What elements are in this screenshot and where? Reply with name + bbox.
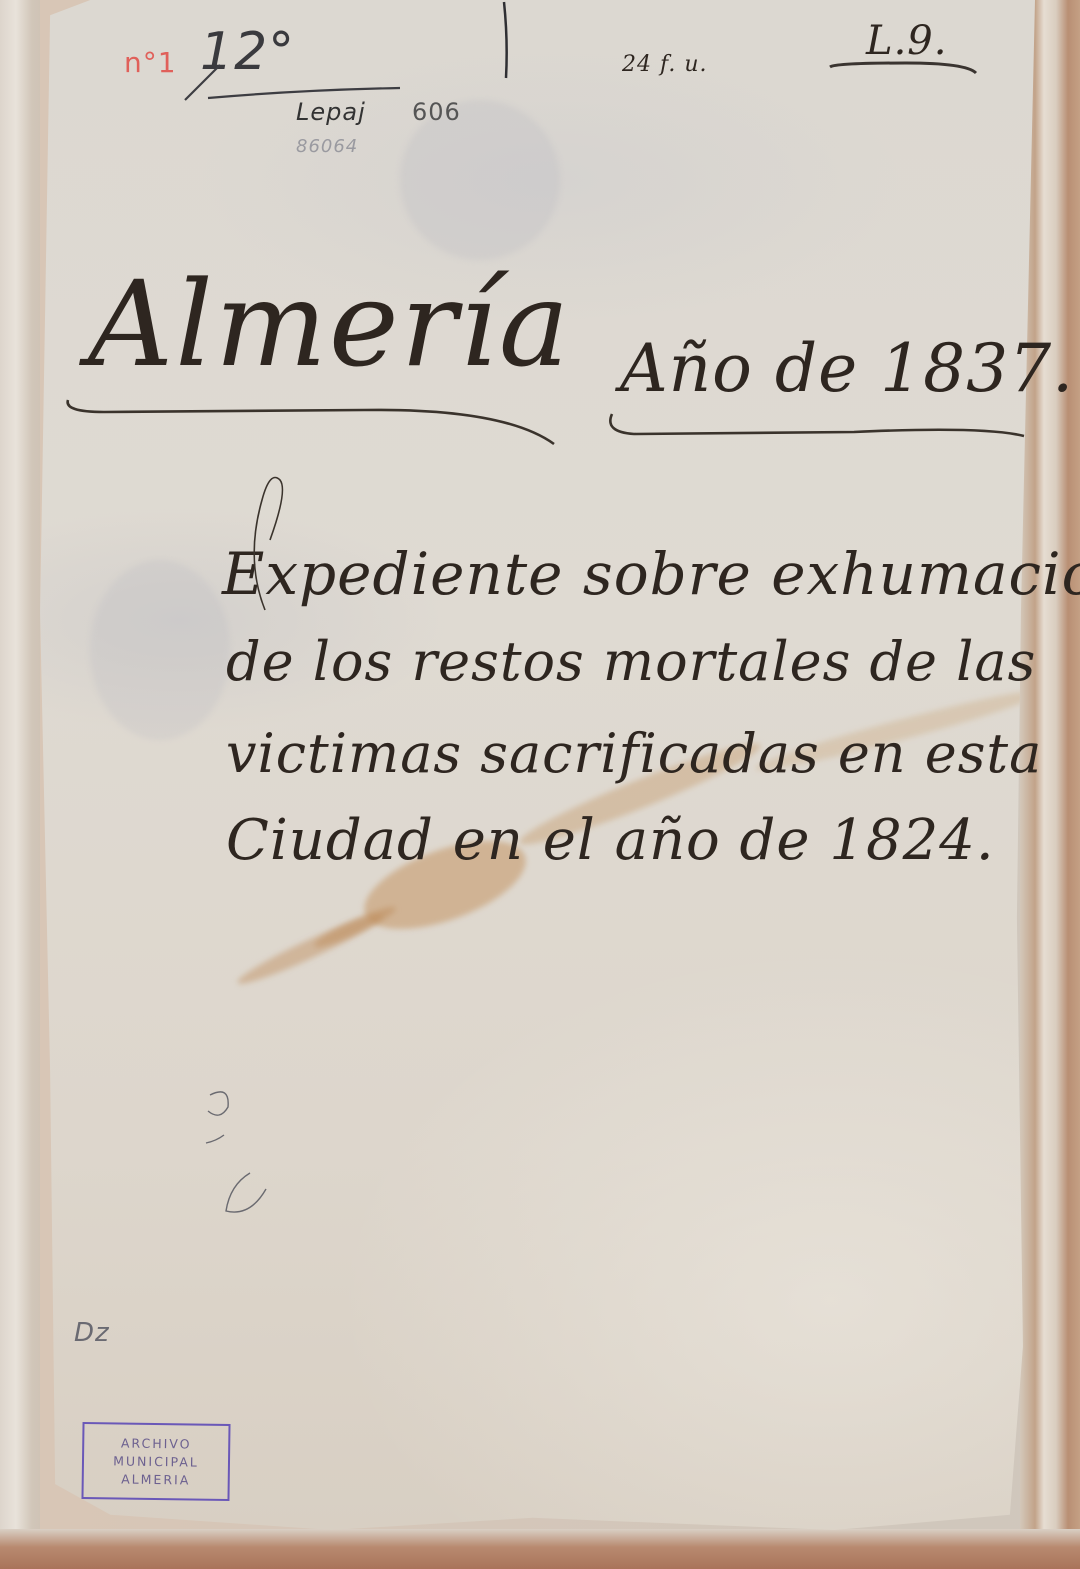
- vertical-pencil-stroke: [500, 0, 512, 82]
- deposit-label: Lepaj: [296, 98, 366, 126]
- city-title-underline: [64, 396, 564, 448]
- left-page-edges: [0, 0, 40, 1569]
- year-title-underline: [604, 410, 1029, 445]
- stamp-line-2: MUNICIPAL: [113, 1453, 199, 1469]
- ghost-seal: [90, 560, 230, 740]
- subject-line-3: victimas sacrificadas en esta: [226, 722, 1042, 785]
- year-title: Año de 1837.: [620, 330, 1074, 407]
- bundle-underline: [826, 55, 986, 80]
- expediente-flourish: [240, 470, 300, 620]
- bottom-backdrop: [0, 1529, 1080, 1569]
- folio-underline: [180, 60, 410, 105]
- archive-stamp: ARCHIVO MUNICIPAL ALMERIA: [81, 1422, 230, 1501]
- deposit-number: 606: [412, 98, 461, 126]
- faint-inventory-number: 86064: [296, 136, 358, 157]
- subject-line-1: Expediente sobre exhumacion: [222, 540, 1080, 608]
- city-title: Almería: [88, 255, 571, 393]
- red-number-annotation: n°1: [124, 46, 177, 79]
- stamp-line-1: ARCHIVO: [121, 1436, 192, 1452]
- margin-pencil-scribble: Dz: [74, 1318, 110, 1348]
- subject-line-4: Ciudad en el año de 1824.: [226, 808, 995, 873]
- subject-line-2: de los restos mortales de las: [226, 630, 1036, 693]
- folio-count-annotation: 24 f. u.: [622, 52, 708, 77]
- pencil-scribble-marks: [190, 1085, 310, 1225]
- stamp-line-3: ALMERIA: [121, 1472, 190, 1488]
